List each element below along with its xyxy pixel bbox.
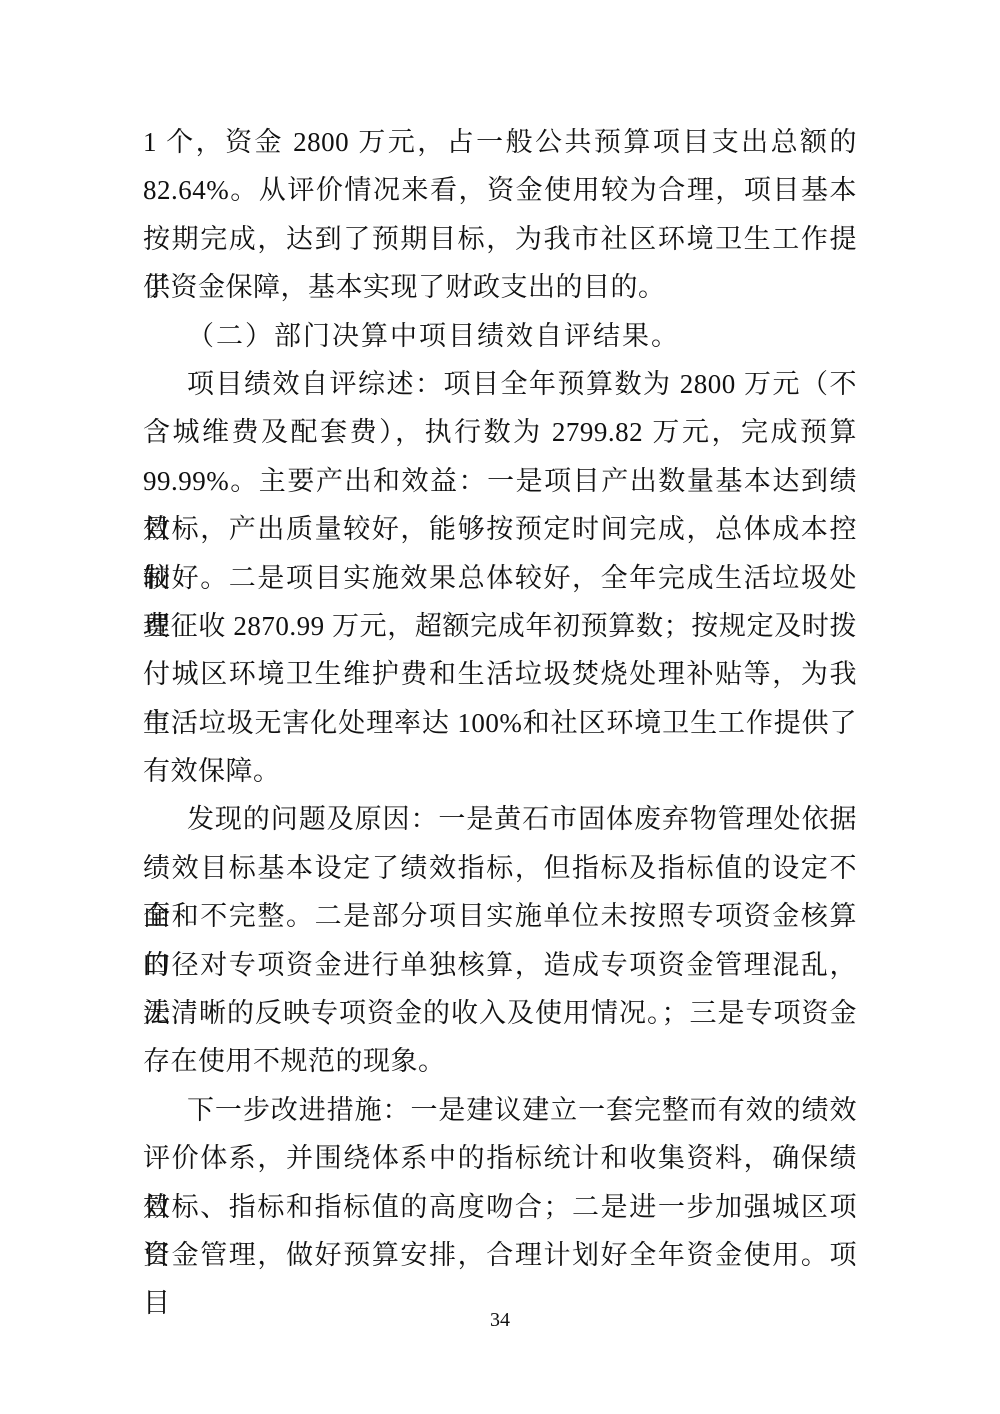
text-line: 面和不完整。二是部分项目实施单位未按照专项资金核算的 [143,892,857,940]
text-line: 付城区环境卫生维护费和生活垃圾焚烧处理补贴等，为我市 [143,650,857,698]
text-line: 99.99%。主要产出和效益：一是项目产出数量基本达到绩效 [143,457,857,505]
text-line: 按期完成，达到了预期目标，为我市社区环境卫生工作提供 [143,215,857,263]
text-line: 绩效目标基本设定了绩效指标，但指标及指标值的设定不全 [143,844,857,892]
text-line: 发现的问题及原因：一是黄石市固体废弃物管理处依据 [143,795,857,843]
text-line: 有效保障。 [143,747,857,795]
text-line: 下一步改进措施：一是建议建立一套完整而有效的绩效 [143,1086,857,1134]
text-line: 费征收 2870.99 万元，超额完成年初预算数；按规定及时拨 [143,602,857,650]
text-line: 项目绩效自评综述：项目全年预算数为 2800 万元（不 [143,360,857,408]
text-line: 含城维费及配套费），执行数为 2799.82 万元，完成预算 [143,408,857,456]
document-page: 1 个，资金 2800 万元，占一般公共预算项目支出总额的 82.64%。从评价… [0,0,1000,1414]
text-line: 目标、指标和指标值的高度吻合；二是进一步加强城区项目 [143,1183,857,1231]
text-line: 目标，产出质量较好，能够按预定时间完成，总体成本控制 [143,505,857,553]
document-body: 1 个，资金 2800 万元，占一般公共预算项目支出总额的 82.64%。从评价… [143,118,857,1279]
text-line: 了资金保障，基本实现了财政支出的目的。 [143,263,857,311]
text-line: 法清晰的反映专项资金的收入及使用情况。；三是专项资金 [143,989,857,1037]
page-number: 34 [0,1305,1000,1335]
text-line: 资金管理，做好预算安排，合理计划好全年资金使用。项目 [143,1231,857,1279]
text-line: 1 个，资金 2800 万元，占一般公共预算项目支出总额的 [143,118,857,166]
text-line: 较好。二是项目实施效果总体较好，全年完成生活垃圾处理 [143,554,857,602]
text-line: 口径对专项资金进行单独核算，造成专项资金管理混乱，无 [143,941,857,989]
text-line: 评价体系，并围绕体系中的指标统计和收集资料，确保绩效 [143,1134,857,1182]
text-line: 生活垃圾无害化处理率达 100%和社区环境卫生工作提供了 [143,699,857,747]
section-heading: （二）部门决算中项目绩效自评结果。 [143,312,857,360]
text-line: 82.64%。从评价情况来看，资金使用较为合理，项目基本 [143,166,857,214]
text-line: 存在使用不规范的现象。 [143,1037,857,1085]
